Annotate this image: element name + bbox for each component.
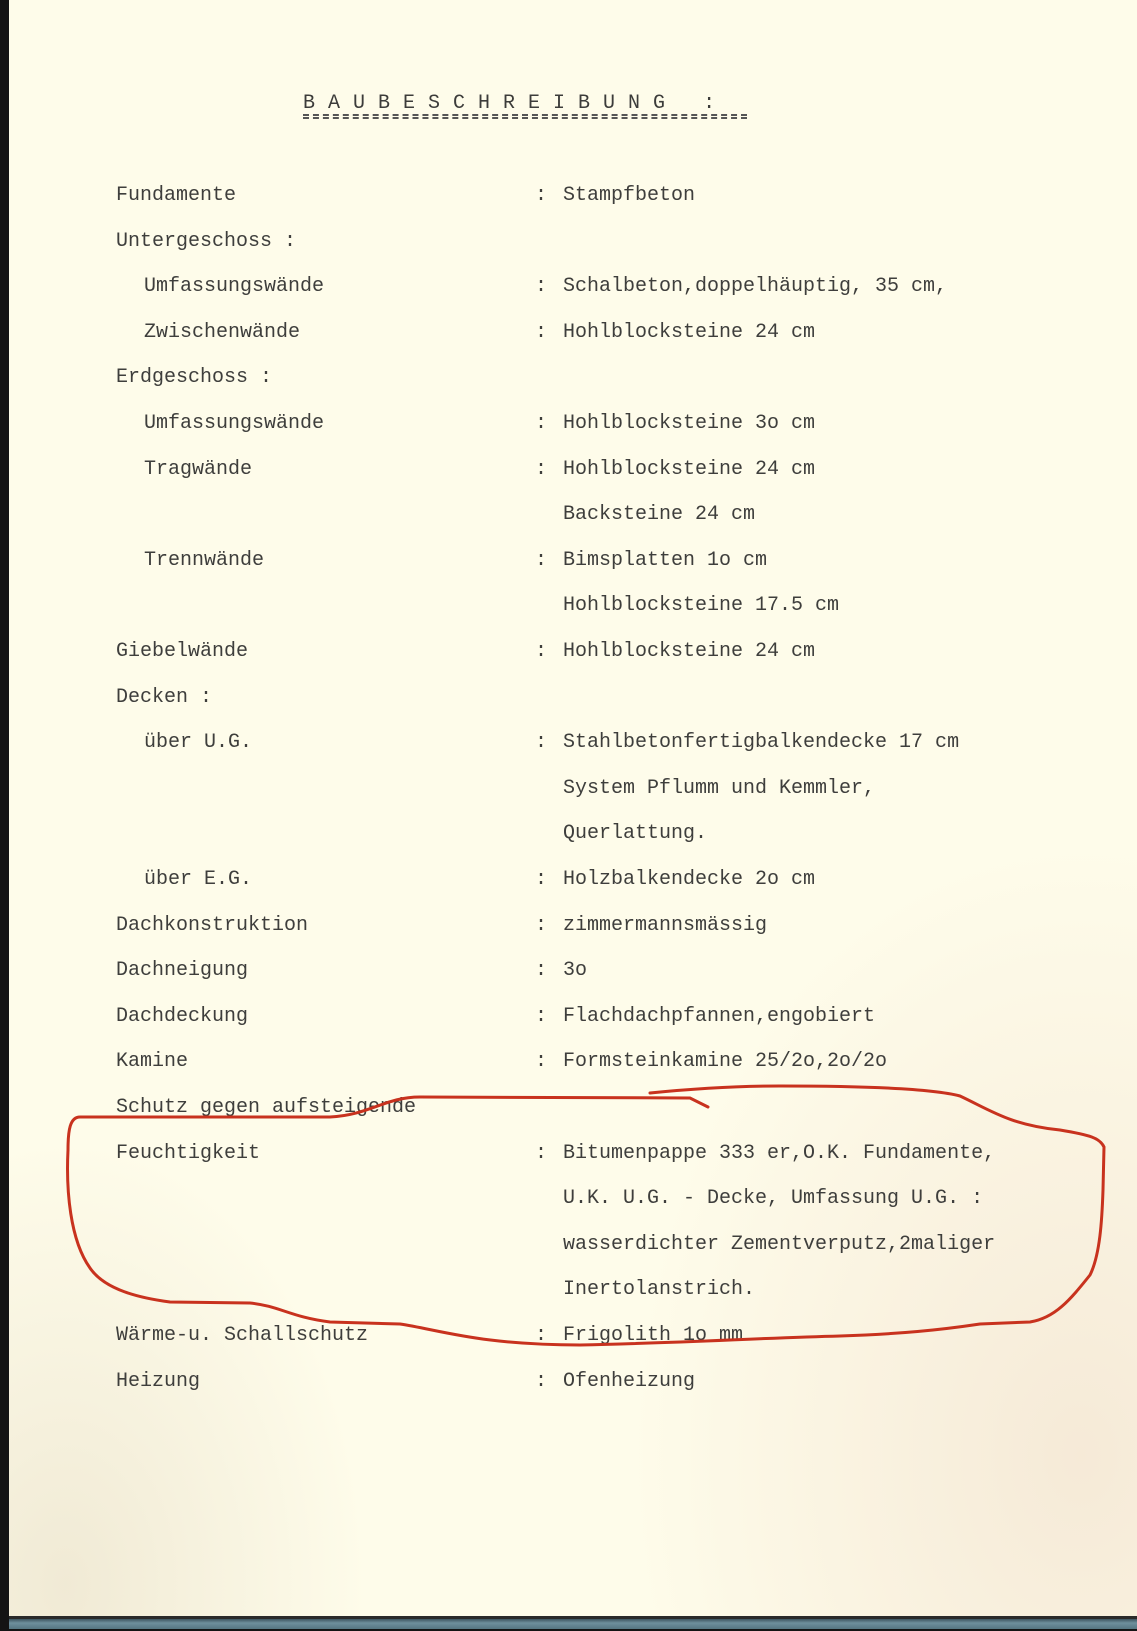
separator-colon: :: [535, 731, 547, 754]
spec-value: Holzbalkendecke 2o cm: [563, 868, 815, 891]
spec-label: Feuchtigkeit: [116, 1142, 260, 1165]
spec-label: Giebelwände: [116, 640, 248, 663]
spec-row: Schutz gegen aufsteigende: [0, 1096, 1137, 1124]
spec-label: Fundamente: [116, 184, 236, 207]
spec-value: Querlattung.: [563, 822, 707, 845]
spec-row: wasserdichter Zementverputz,2maliger: [0, 1233, 1137, 1261]
spec-value: Inertolanstrich.: [563, 1278, 755, 1301]
separator-colon: :: [535, 1370, 547, 1393]
separator-colon: :: [535, 640, 547, 663]
spec-value: Bimsplatten 1o cm: [563, 549, 767, 572]
spec-value: Stampfbeton: [563, 184, 695, 207]
spec-label: Dachneigung: [116, 959, 248, 982]
separator-colon: :: [535, 1005, 547, 1028]
separator-colon: :: [535, 1324, 547, 1347]
spec-value: Ofenheizung: [563, 1370, 695, 1393]
spec-label: Kamine: [116, 1050, 188, 1073]
spec-row: Heizung:Ofenheizung: [0, 1370, 1137, 1398]
spec-label: Tragwände: [144, 458, 252, 481]
separator-colon: :: [535, 868, 547, 891]
separator-colon: :: [535, 321, 547, 344]
separator-colon: :: [535, 275, 547, 298]
spec-row: Umfassungswände:Schalbeton,doppelhäuptig…: [0, 275, 1137, 303]
spec-row: Wärme-u. Schallschutz:Frigolith 1o mm: [0, 1324, 1137, 1352]
spec-label: Untergeschoss :: [116, 230, 296, 253]
spec-label: Umfassungswände: [144, 412, 324, 435]
title-underline: [303, 114, 747, 119]
spec-row: U.K. U.G. - Decke, Umfassung U.G. :: [0, 1187, 1137, 1215]
spec-value: Stahlbetonfertigbalkendecke 17 cm: [563, 731, 959, 754]
spec-row: über U.G.:Stahlbetonfertigbalkendecke 17…: [0, 731, 1137, 759]
spec-value: Backsteine 24 cm: [563, 503, 755, 526]
spec-value: Frigolith 1o mm: [563, 1324, 743, 1347]
spec-value: zimmermannsmässig: [563, 914, 767, 937]
separator-colon: :: [535, 458, 547, 481]
spec-value: Bitumenpappe 333 er,O.K. Fundamente,: [563, 1142, 995, 1165]
document-title: B A U B E S C H R E I B U N G :: [303, 92, 716, 115]
separator-colon: :: [535, 184, 547, 207]
spec-value: System Pflumm und Kemmler,: [563, 777, 875, 800]
spec-value: Hohlblocksteine 24 cm: [563, 458, 815, 481]
spec-label: Dachdeckung: [116, 1005, 248, 1028]
separator-colon: :: [535, 1142, 547, 1165]
spec-row: Backsteine 24 cm: [0, 503, 1137, 531]
spec-label: Zwischenwände: [144, 321, 300, 344]
spec-label: über E.G.: [144, 868, 252, 891]
spec-row: Dachdeckung:Flachdachpfannen,engobiert: [0, 1005, 1137, 1033]
spec-label: Erdgeschoss :: [116, 366, 272, 389]
spec-value: Hohlblocksteine 24 cm: [563, 321, 815, 344]
spec-row: Erdgeschoss :: [0, 366, 1137, 394]
spec-value: Flachdachpfannen,engobiert: [563, 1005, 875, 1028]
separator-colon: :: [535, 959, 547, 982]
spec-label: Schutz gegen aufsteigende: [116, 1096, 416, 1119]
spec-row: Trennwände:Bimsplatten 1o cm: [0, 549, 1137, 577]
spec-label: Wärme-u. Schallschutz: [116, 1324, 368, 1347]
spec-row: Feuchtigkeit:Bitumenpappe 333 er,O.K. Fu…: [0, 1142, 1137, 1170]
spec-row: Zwischenwände:Hohlblocksteine 24 cm: [0, 321, 1137, 349]
separator-colon: :: [535, 412, 547, 435]
separator-colon: :: [535, 914, 547, 937]
spec-value: wasserdichter Zementverputz,2maliger: [563, 1233, 995, 1256]
spec-value: Formsteinkamine 25/2o,2o/2o: [563, 1050, 887, 1073]
separator-colon: :: [535, 1050, 547, 1073]
spec-row: Fundamente:Stampfbeton: [0, 184, 1137, 212]
spec-row: Giebelwände:Hohlblocksteine 24 cm: [0, 640, 1137, 668]
background-surface: [9, 1619, 1137, 1629]
spec-row: Tragwände:Hohlblocksteine 24 cm: [0, 458, 1137, 486]
spec-value: Hohlblocksteine 17.5 cm: [563, 594, 839, 617]
spec-row: über E.G.:Holzbalkendecke 2o cm: [0, 868, 1137, 896]
spec-value: Hohlblocksteine 24 cm: [563, 640, 815, 663]
spec-row: Untergeschoss :: [0, 230, 1137, 258]
spec-label: Umfassungswände: [144, 275, 324, 298]
spec-label: Trennwände: [144, 549, 264, 572]
spec-row: Umfassungswände:Hohlblocksteine 3o cm: [0, 412, 1137, 440]
spec-row: Kamine:Formsteinkamine 25/2o,2o/2o: [0, 1050, 1137, 1078]
spec-value: Schalbeton,doppelhäuptig, 35 cm,: [563, 275, 947, 298]
separator-colon: :: [535, 549, 547, 572]
spec-label: Dachkonstruktion: [116, 914, 308, 937]
spec-label: Heizung: [116, 1370, 200, 1393]
spec-row: Dachneigung:3o: [0, 959, 1137, 987]
spec-label: über U.G.: [144, 731, 252, 754]
spec-value: Hohlblocksteine 3o cm: [563, 412, 815, 435]
spec-row: Querlattung.: [0, 822, 1137, 850]
spec-value: U.K. U.G. - Decke, Umfassung U.G. :: [563, 1187, 983, 1210]
spec-row: Decken :: [0, 686, 1137, 714]
spec-value: 3o: [563, 959, 587, 982]
spec-label: Decken :: [116, 686, 212, 709]
spec-row: Dachkonstruktion:zimmermannsmässig: [0, 914, 1137, 942]
spec-row: Hohlblocksteine 17.5 cm: [0, 594, 1137, 622]
spec-row: System Pflumm und Kemmler,: [0, 777, 1137, 805]
spec-row: Inertolanstrich.: [0, 1278, 1137, 1306]
